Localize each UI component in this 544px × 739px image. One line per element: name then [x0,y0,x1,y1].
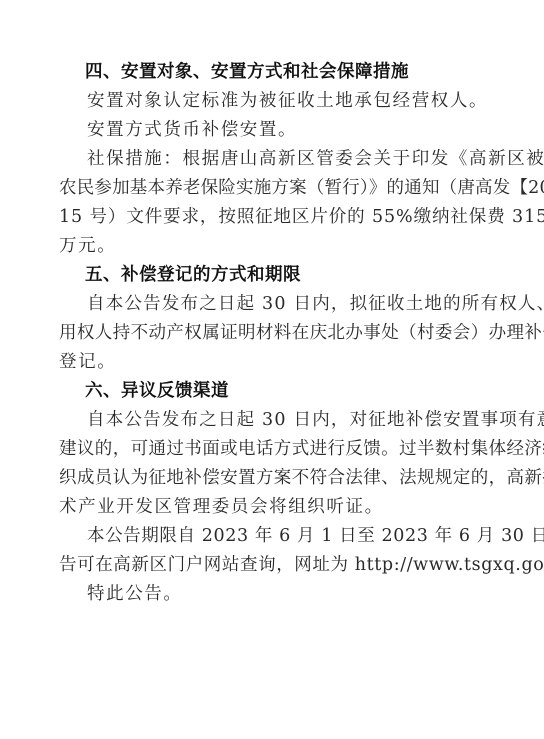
section-heading-4: 四、安置对象、安置方式和社会保障措施 [59,58,491,87]
paragraph-registration: 自本公告发布之日起 30 日内，拟征收土地的所有权人、使 用权人持不动产权属证明… [59,290,491,377]
paragraph-resettlement-method: 安置方式货币补偿安置。 [59,116,491,145]
paragraph-line: 农民参加基本养老保险实施方案（暂行）》的通知（唐高发【2020】 [59,174,491,203]
paragraph-line: 万元。 [59,232,491,261]
paragraph-objection: 自本公告发布之日起 30 日内，对征地补偿安置事项有意见 建议的，可通过书面或电… [59,406,491,522]
document-page: 四、安置对象、安置方式和社会保障措施 安置对象认定标准为被征收土地承包经营权人。… [59,58,491,609]
paragraph-line: 安置方式货币补偿安置。 [59,116,491,145]
paragraph-closing: 特此公告。 [59,580,491,609]
section-heading-5: 五、补偿登记的方式和期限 [59,261,491,290]
paragraph-line: 用权人持不动产权属证明材料在庆北办事处（村委会）办理补偿 [59,319,491,348]
paragraph-social-security: 社保措施：根据唐山高新区管委会关于印发《高新区被征地 农民参加基本养老保险实施方… [59,145,491,261]
paragraph-line: 织成员认为征地补偿安置方案不符合法律、法规规定的，高新技 [59,464,491,493]
paragraph-notice-period: 本公告期限自 2023 年 6 月 1 日至 2023 年 6 月 30 日。本… [59,522,491,580]
paragraph-line: 登记。 [59,348,491,377]
paragraph-line: 本公告期限自 2023 年 6 月 1 日至 2023 年 6 月 30 日。本… [59,522,491,551]
paragraph-line: 术产业开发区管理委员会将组织听证。 [59,493,491,522]
section-heading-6: 六、异议反馈渠道 [59,377,491,406]
paragraph-line: 安置对象认定标准为被征收土地承包经营权人。 [59,87,491,116]
paragraph-line: 15 号）文件要求，按照征地区片价的 55%缴纳社保费 315.4831 [59,203,491,232]
paragraph-line: 自本公告发布之日起 30 日内，对征地补偿安置事项有意见 [59,406,491,435]
paragraph-resettlement-object: 安置对象认定标准为被征收土地承包经营权人。 [59,87,491,116]
paragraph-line: 特此公告。 [59,580,491,609]
website-url-text: 告可在高新区门户网站查询，网址为 http://www.tsgxq.gov.cn… [59,555,544,575]
paragraph-line: 建议的，可通过书面或电话方式进行反馈。过半数村集体经济组 [59,435,491,464]
paragraph-line: 告可在高新区门户网站查询，网址为 http://www.tsgxq.gov.cn… [59,551,491,580]
paragraph-line: 社保措施：根据唐山高新区管委会关于印发《高新区被征地 [59,145,491,174]
paragraph-line: 自本公告发布之日起 30 日内，拟征收土地的所有权人、使 [59,290,491,319]
